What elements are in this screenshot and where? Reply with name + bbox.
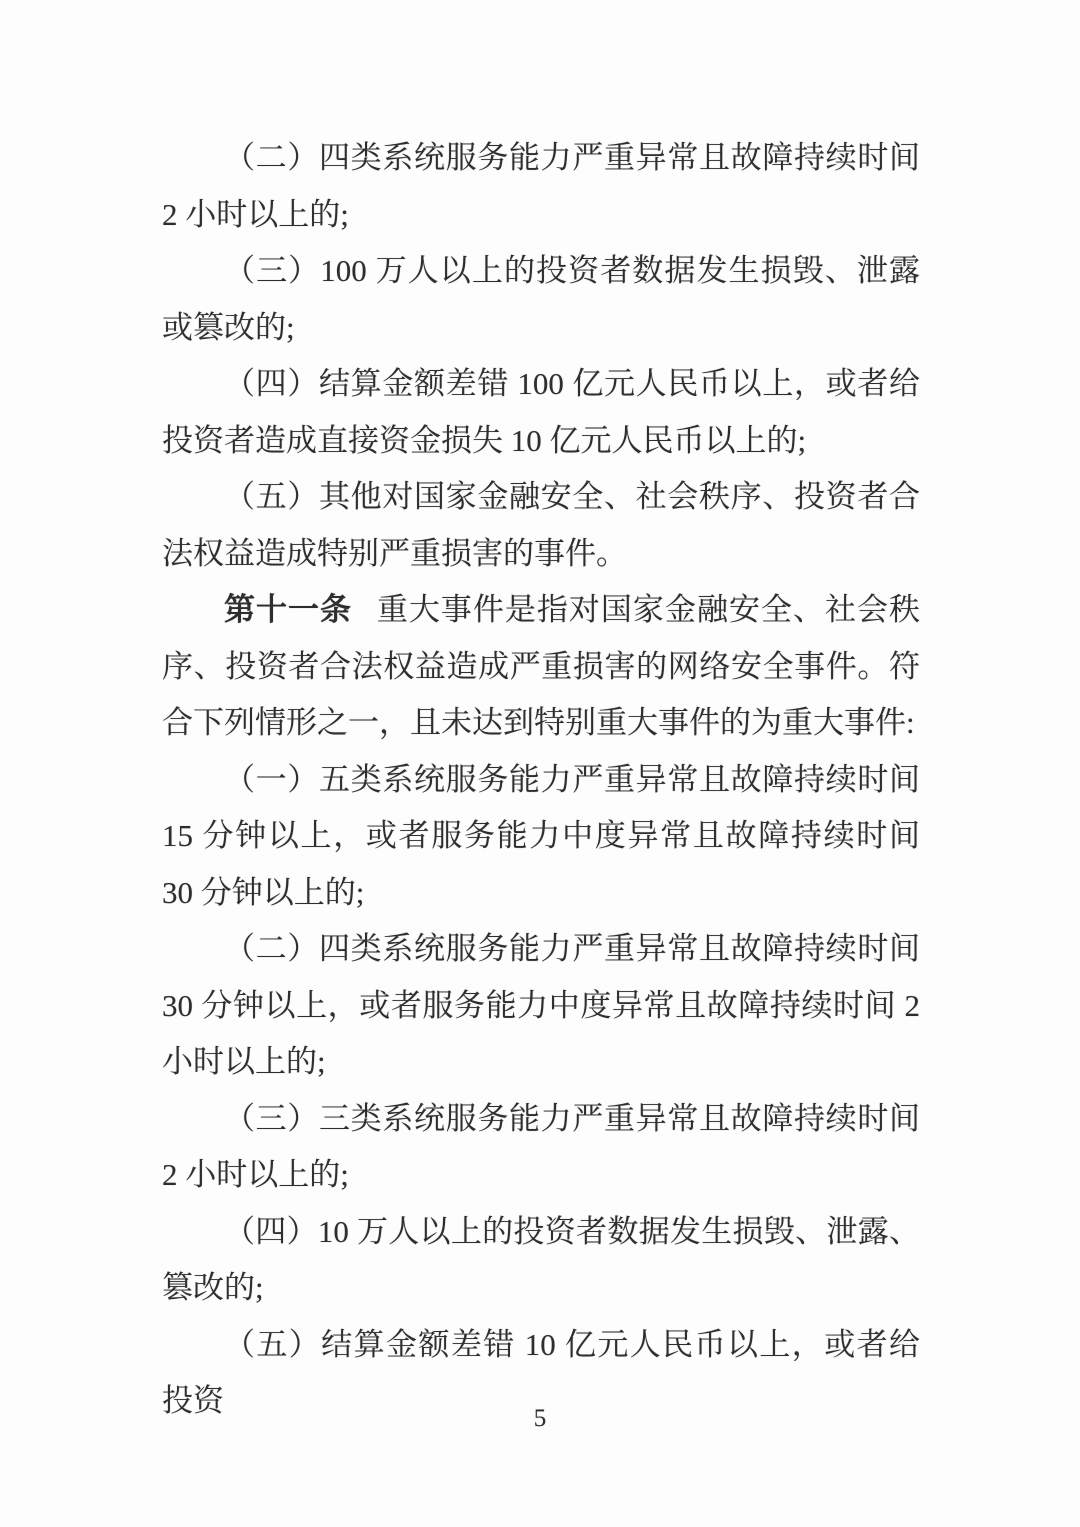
document-body: （二）四类系统服务能力严重异常且故障持续时间 2 小时以上的; （三）100 万… — [162, 130, 920, 1430]
page-number: 5 — [534, 1405, 547, 1432]
article-11-paragraph: 第十一条重大事件是指对国家金融安全、社会秩序、投资者合法权益造成严重损害的网络安… — [162, 582, 920, 752]
clause-paragraph: （二）四类系统服务能力严重异常且故障持续时间 2 小时以上的; — [162, 130, 920, 243]
clause-paragraph: （五）其他对国家金融安全、社会秩序、投资者合法权益造成特别严重损害的事件。 — [162, 469, 920, 582]
page-footer: 5 — [0, 1402, 1080, 1436]
document-page: （二）四类系统服务能力严重异常且故障持续时间 2 小时以上的; （三）100 万… — [0, 0, 1080, 1527]
clause-paragraph: （三）100 万人以上的投资者数据发生损毁、泄露或篡改的; — [162, 243, 920, 356]
clause-paragraph: （四）10 万人以上的投资者数据发生损毁、泄露、篡改的; — [162, 1204, 920, 1317]
clause-paragraph: （二）四类系统服务能力严重异常且故障持续时间 30 分钟以上，或者服务能力中度异… — [162, 921, 920, 1091]
clause-paragraph: （三）三类系统服务能力严重异常且故障持续时间 2 小时以上的; — [162, 1091, 920, 1204]
clause-paragraph: （四）结算金额差错 100 亿元人民币以上，或者给投资者造成直接资金损失 10 … — [162, 356, 920, 469]
clause-paragraph: （一）五类系统服务能力严重异常且故障持续时间 15 分钟以上，或者服务能力中度异… — [162, 752, 920, 922]
article-11-label: 第十一条 — [224, 592, 352, 627]
